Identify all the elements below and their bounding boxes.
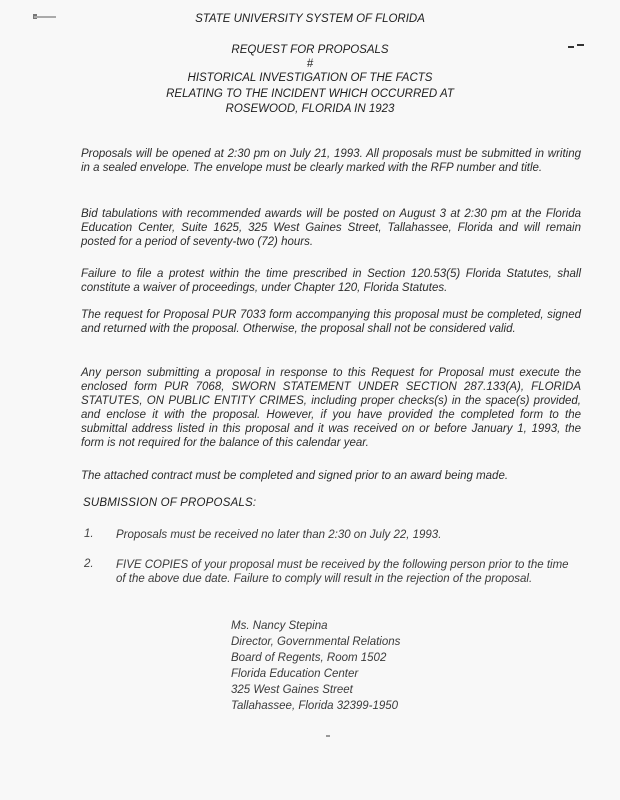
- rfp-number-sign: #: [0, 58, 620, 70]
- address-street: 325 West Gaines Street: [231, 682, 400, 698]
- address-building: Florida Education Center: [231, 666, 400, 682]
- submission-item-number: 1.: [84, 528, 94, 540]
- paragraph-opening: Proposals will be opened at 2:30 pm on J…: [81, 147, 581, 175]
- submission-item-text: Proposals must be received no later than…: [116, 528, 581, 542]
- address-title: Director, Governmental Relations: [231, 634, 400, 650]
- address-name: Ms. Nancy Stepina: [231, 618, 400, 634]
- rfp-title-line-3: ROSEWOOD, FLORIDA IN 1923: [0, 103, 620, 115]
- document-type: REQUEST FOR PROPOSALS: [0, 44, 620, 56]
- document-page: STATE UNIVERSITY SYSTEM OF FLORIDA REQUE…: [0, 0, 620, 800]
- paragraph-bid-tabulations: Bid tabulations with recommended awards …: [81, 207, 581, 249]
- organization-title: STATE UNIVERSITY SYSTEM OF FLORIDA: [0, 13, 620, 25]
- scan-artifact-mark: [326, 735, 330, 737]
- submission-item-number: 2.: [84, 558, 94, 570]
- address-city: Tallahassee, Florida 32399-1950: [231, 698, 400, 714]
- paragraph-contract: The attached contract must be completed …: [81, 469, 581, 483]
- submission-heading: SUBMISSION OF PROPOSALS:: [83, 497, 256, 509]
- rfp-title-line-1: HISTORICAL INVESTIGATION OF THE FACTS: [0, 72, 620, 84]
- submission-item-text: FIVE COPIES of your proposal must be rec…: [116, 558, 581, 586]
- recipient-address: Ms. Nancy Stepina Director, Governmental…: [231, 618, 400, 714]
- paragraph-protest: Failure to file a protest within the tim…: [81, 267, 581, 295]
- paragraph-pur-7033: The request for Proposal PUR 7033 form a…: [81, 308, 581, 336]
- address-office: Board of Regents, Room 1502: [231, 650, 400, 666]
- rfp-title-line-2: RELATING TO THE INCIDENT WHICH OCCURRED …: [0, 88, 620, 100]
- paragraph-sworn-statement: Any person submitting a proposal in resp…: [81, 366, 581, 450]
